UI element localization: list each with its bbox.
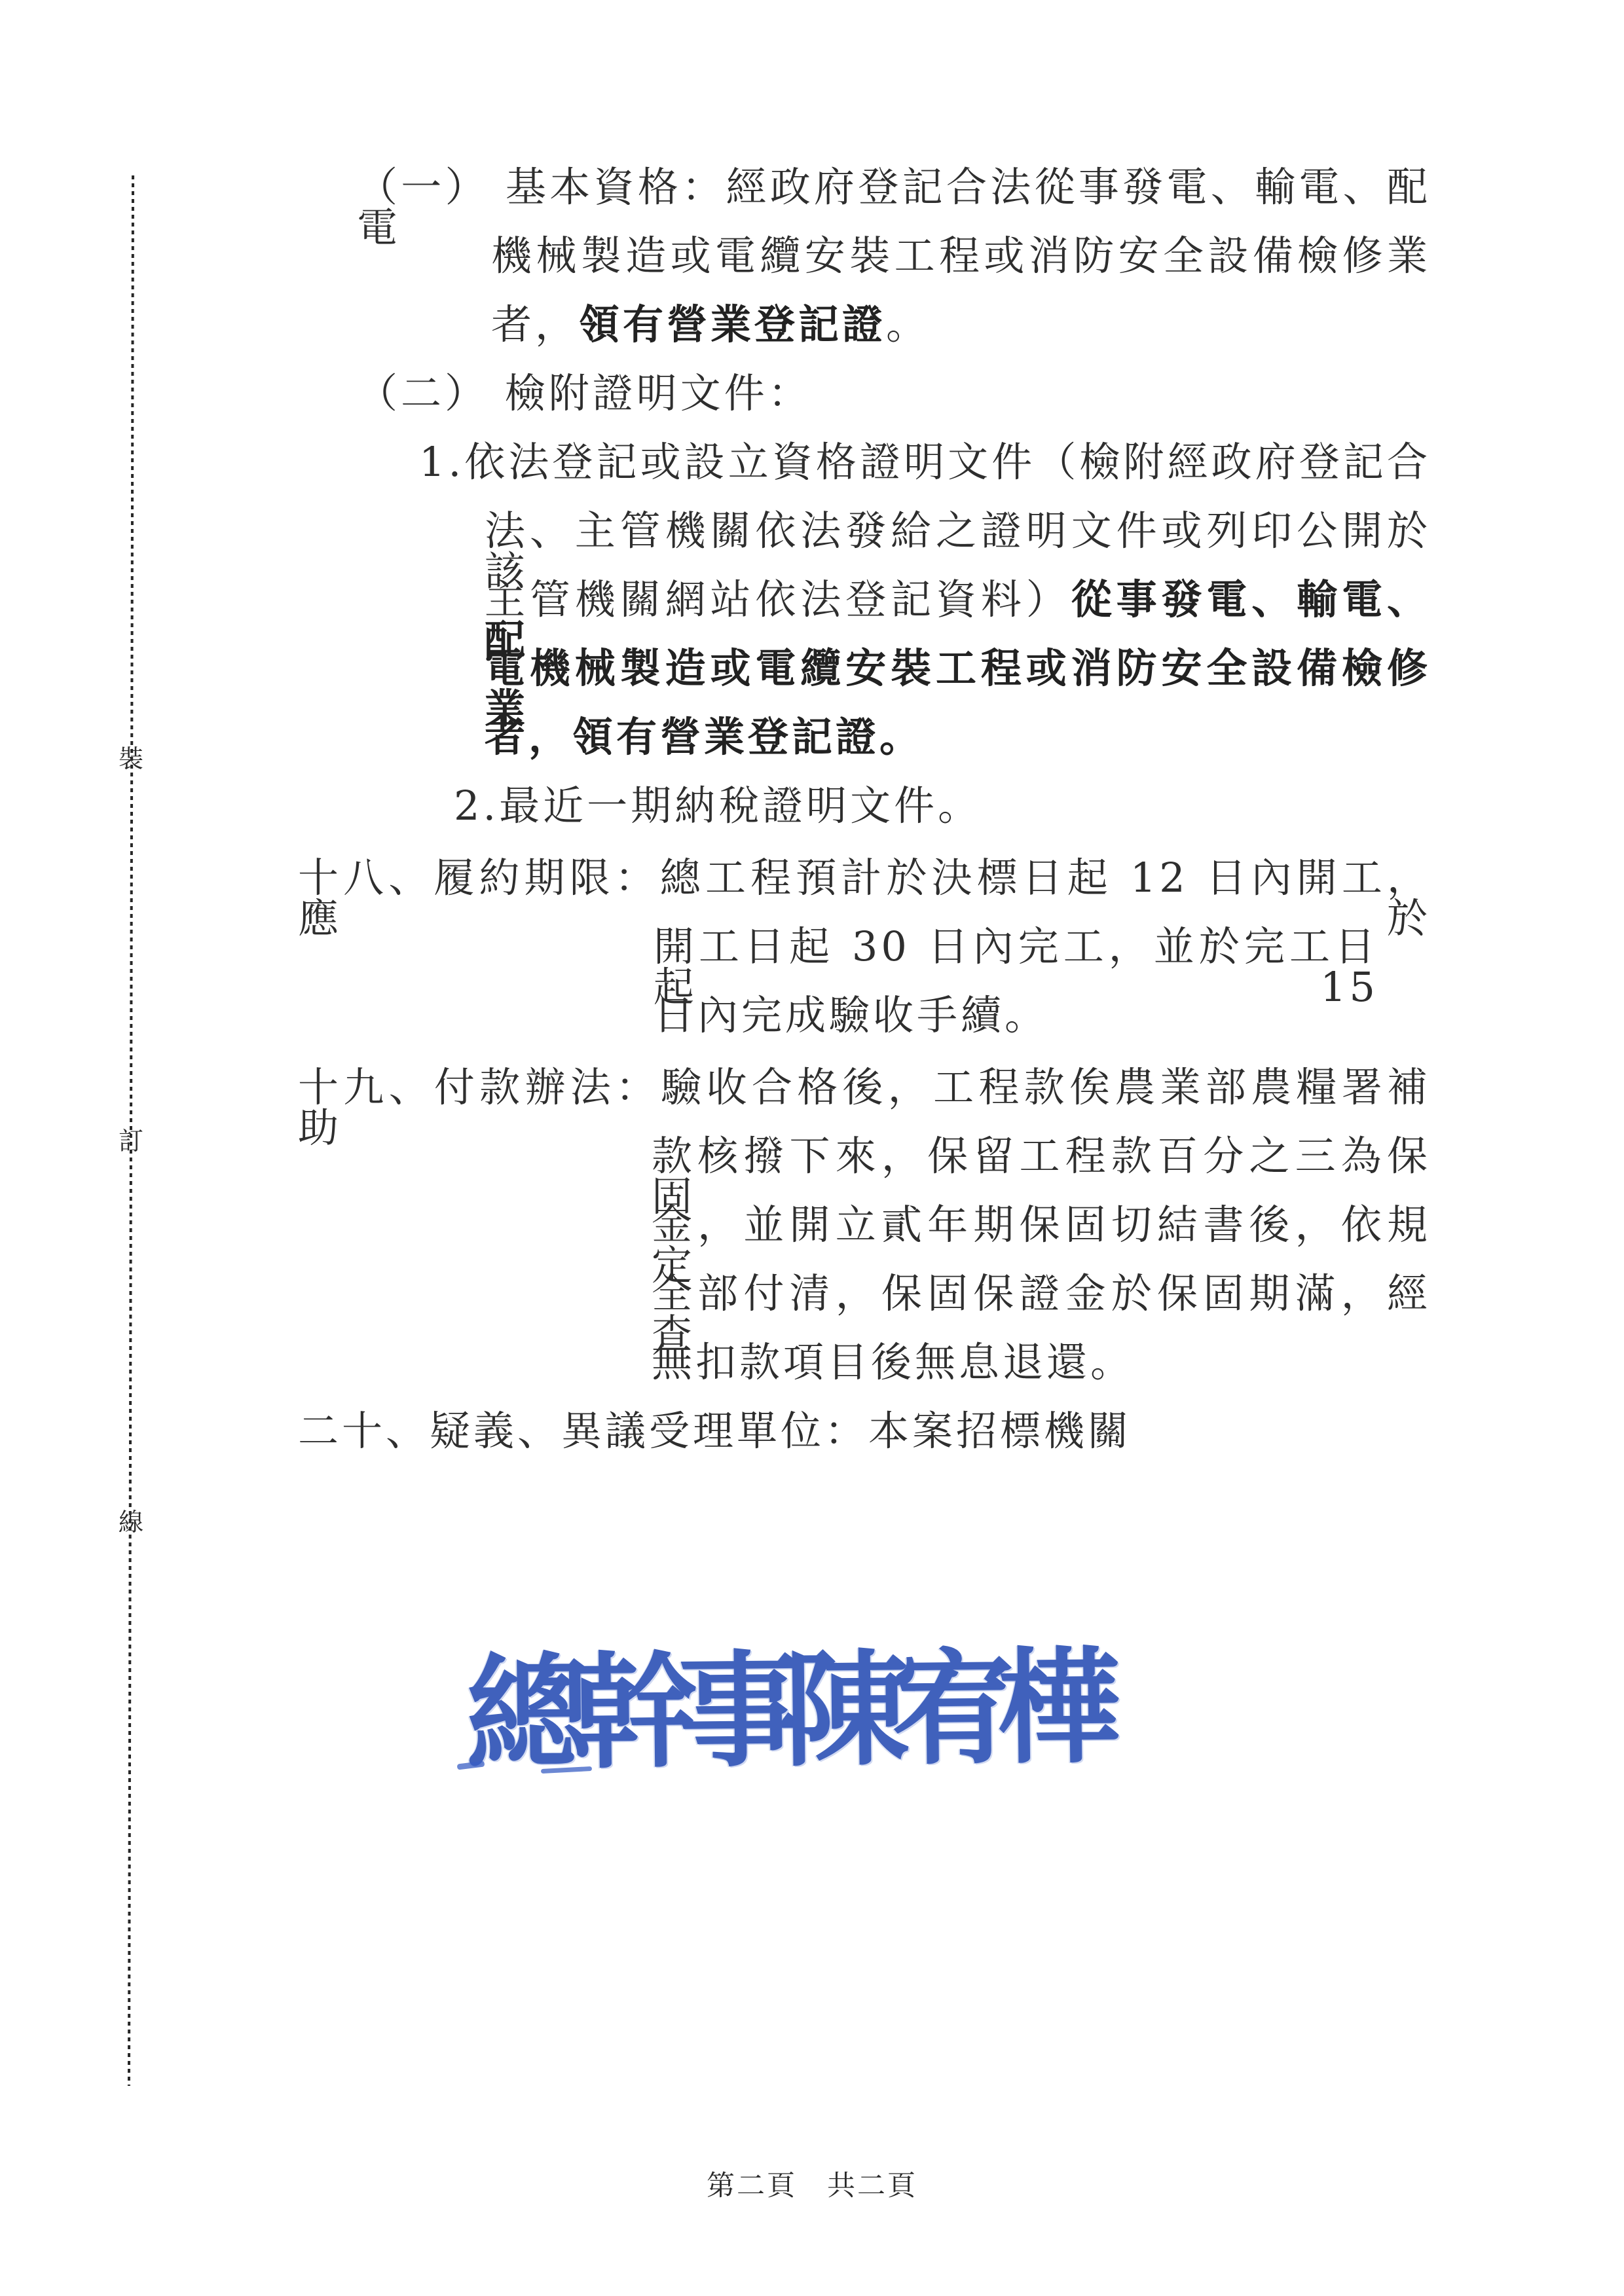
text-line: 者，領有營業登記證。 <box>491 304 930 345</box>
text-segment: 無扣款項目後無息退還。 <box>652 1338 1134 1386</box>
text-line: 無扣款項目後無息退還。 <box>652 1342 1134 1383</box>
text-line: 機械製造或電纜安裝工程或消防安全設備檢修業 <box>491 236 1431 276</box>
text-segment: 領有營業登記證 <box>579 301 886 348</box>
text-line: 二十、疑義、異議受理單位：本案招標機關 <box>298 1411 1132 1451</box>
text-segment: 2.最近一期納稅證明文件。 <box>454 782 982 829</box>
binding-char-xian: 線 <box>115 1510 147 1535</box>
text-segment: 二十、疑義、異議受理單位：本案招標機關 <box>298 1407 1132 1455</box>
text-segment: 者，領有營業登記證。 <box>485 713 923 761</box>
binding-char-ding: 訂 <box>115 1129 147 1154</box>
binding-char-zhuang: 裝 <box>115 746 147 771</box>
text-line: 日內完成驗收手續。 <box>654 995 1048 1036</box>
text-segment: （二） 檢附證明文件： <box>357 369 812 417</box>
text-line: 者，領有營業登記證。 <box>485 717 923 757</box>
text-line: 1.依法登記或設立資格證明文件（檢附經政府登記合 <box>419 442 1431 483</box>
page-number-footer: 第二頁 共二頁 <box>0 2172 1624 2200</box>
secretary-general-signature-stamp: 總幹事陳宥樺 <box>466 1645 1103 1776</box>
text-line: 2.最近一期納稅證明文件。 <box>454 786 982 826</box>
text-segment: 日內完成驗收手續。 <box>654 991 1048 1039</box>
text-segment: 者， <box>491 301 579 348</box>
text-line: （二） 檢附證明文件： <box>357 373 812 414</box>
scanned-document-page: 裝 訂 線 （一） 基本資格：經政府登記合法從事發電、輸電、配電機械製造或電纜安… <box>0 0 1624 2296</box>
text-segment: 。 <box>886 301 930 348</box>
text-segment: 1.依法登記或設立資格證明文件（檢附經政府登記合 <box>419 438 1431 486</box>
text-segment: 機械製造或電纜安裝工程或消防安全設備檢修業 <box>491 232 1431 280</box>
text-segment: 主管機關網站依法登記資料） <box>485 575 1071 623</box>
